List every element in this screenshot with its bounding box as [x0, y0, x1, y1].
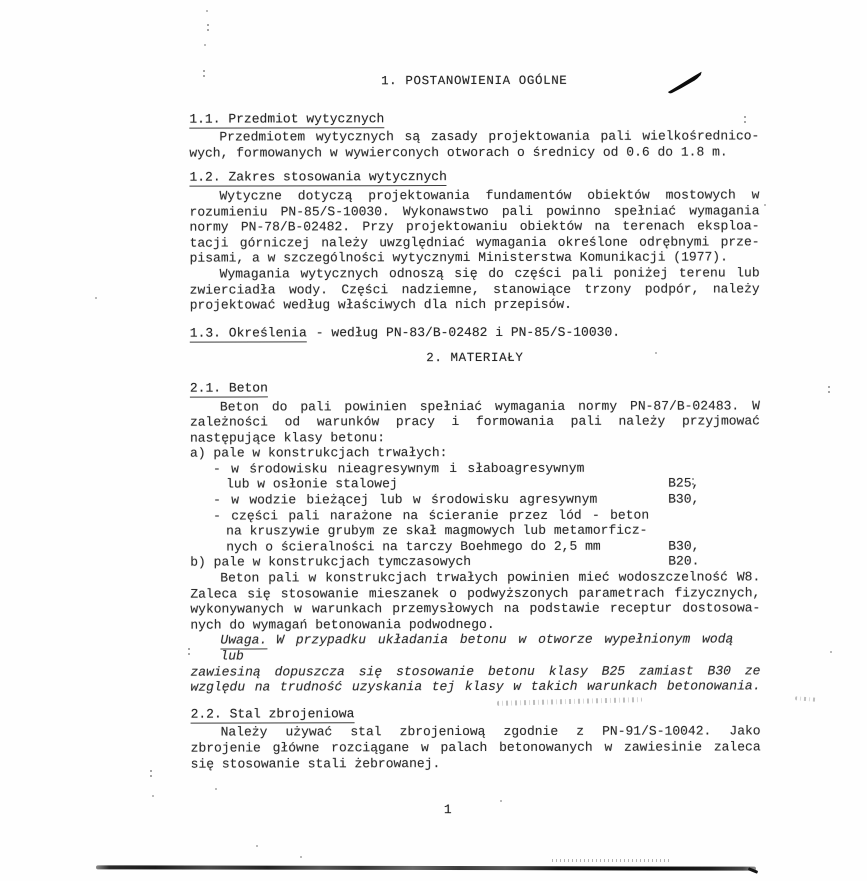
text-line: wykonywanych w warunkach przemysłowych n… — [190, 601, 760, 618]
scan-edge-hook — [748, 867, 758, 874]
list-item-line: nych o ścieralności na tarczy Boehmego d… — [190, 538, 760, 555]
scan-speck — [692, 478, 694, 485]
scan-speck — [152, 795, 154, 797]
text-line: wych, formowanych w wywierconych otworac… — [189, 144, 759, 161]
heading-1-3-row: 1.3. Określenia- według PN-83/B-02482 i … — [190, 324, 760, 341]
list-item-text: b) pale w konstrukcjach tymczasowych — [190, 554, 471, 570]
note-line: Uwaga.W przypadku układania betonu w otw… — [190, 632, 760, 664]
scan-speck — [206, 10, 208, 12]
heading-2-2-text: 2.2. Stal zbrojeniowa — [191, 706, 355, 723]
text-line: Beton do pali powinien spełniać wymagani… — [190, 398, 760, 415]
text-line: nych do wymagań betonowania podwodnego. — [190, 616, 760, 633]
concrete-class-value: B25, — [668, 476, 699, 492]
list-item-line: - w środowisku nieagresywnym i słaboagre… — [190, 460, 760, 477]
heading-1-3-text: 1.3. Określenia — [190, 325, 307, 342]
heading-1-1: 1.1. Przedmiot wytycznych — [189, 110, 759, 127]
scan-edge-line — [96, 865, 756, 870]
text-line: normy PN-78/B-02482. Przy projektowaniu … — [190, 219, 760, 236]
heading-2-1-text: 2.1. Beton — [190, 380, 268, 397]
list-item-a: a) pale w konstrukcjach trwałych: — [190, 445, 760, 462]
heading-1-2: 1.2. Zakres stosowania wytycznych — [189, 169, 759, 186]
text-line: Należy używać stal zbrojeniową zgodnie z… — [191, 724, 761, 741]
heading-1-2-text: 1.2. Zakres stosowania wytycznych — [189, 169, 446, 187]
scan-edge-dots — [552, 859, 672, 862]
scan-speck — [203, 70, 205, 77]
text-line: Przedmiotem wytycznych są zasady projekt… — [189, 129, 759, 146]
page-number: 1 — [191, 802, 761, 819]
heading-1-1-text: 1.1. Przedmiot wytycznych — [189, 111, 384, 128]
concrete-class-value: B30, — [668, 492, 699, 508]
scan-speck — [256, 845, 258, 847]
text-line: zależności od warunków pracy i formowani… — [190, 413, 760, 430]
concrete-class-value: B30, — [668, 538, 699, 554]
heading-1-3-rest: - według PN-83/B-02482 i PN-85/S-10030. — [316, 324, 620, 340]
scan-smudge — [795, 696, 817, 702]
heading-2-1: 2.1. Beton — [190, 379, 760, 396]
scan-speck — [300, 856, 302, 858]
scan-speck — [764, 204, 766, 206]
note-line: względu na trudność uzyskania tej klasy … — [190, 679, 760, 696]
scan-speck — [95, 297, 97, 299]
scan-speck — [188, 648, 190, 655]
text-line: Zaleca się stosowanie mieszanek o podwyż… — [190, 585, 760, 602]
scan-speck — [204, 44, 206, 46]
text-line: pisami, a w szczególności wytycznymi Min… — [190, 250, 760, 267]
concrete-class-value: B20. — [668, 554, 699, 570]
ink-mark — [668, 71, 704, 95]
list-item-line: - części pali narażone na ścieranie prze… — [190, 507, 760, 524]
list-item-text: lub w osłonie stalowej — [226, 477, 398, 492]
section-2-title: 2. MATERIAŁY — [190, 351, 760, 368]
text-line: się stosowanie stali żebrowanej. — [191, 755, 761, 772]
text-line: tacji górniczej należy uwzględniać wymag… — [190, 234, 760, 251]
list-item-line: - w wodzie bieżącej lub w środowisku agr… — [190, 491, 760, 508]
text-line: Wymagania wytycznych odnoszą się do częś… — [190, 265, 760, 282]
scan-speck — [744, 116, 746, 123]
text-line: Beton pali w konstrukcjach trwałych powi… — [190, 569, 760, 586]
scan-speck — [655, 352, 657, 354]
scan-speck — [215, 788, 217, 790]
scan-speck — [830, 651, 832, 653]
document-page: 1. POSTANOWIENIA OGÓLNE 1.1. Przedmiot w… — [0, 0, 867, 881]
list-item-b: b) pale w konstrukcjach tymczasowychB20. — [190, 554, 760, 571]
text-column: 1. POSTANOWIENIA OGÓLNE 1.1. Przedmiot w… — [189, 73, 761, 818]
list-item-text: nych o ścieralności na tarczy Boehmego d… — [226, 539, 600, 555]
note-text: W przypadku układania betonu w otworze w… — [220, 632, 733, 664]
scan-speck — [828, 386, 830, 393]
scan-speck — [207, 24, 209, 31]
text-line: rozumieniu PN-85/S-10030. Wykonawstwo pa… — [189, 203, 759, 220]
scan-speck — [150, 770, 152, 777]
text-line: następujące klasy betonu: — [190, 429, 760, 446]
list-item-line: lub w osłonie stalowejB25, — [190, 476, 760, 493]
note-label: Uwaga. — [220, 633, 267, 650]
note-line: zawiesiną dopuszcza się stosowanie beton… — [190, 663, 760, 680]
scan-speck — [500, 800, 502, 802]
text-line: zbrojenie główne rozciągane w palach bet… — [191, 739, 761, 756]
text-line: projektować według właściwych dla nich p… — [190, 297, 760, 314]
list-item-text: - w wodzie bieżącej lub w środowisku agr… — [213, 492, 597, 508]
text-line: Wytyczne dotyczą projektowania fundament… — [189, 187, 759, 204]
heading-2-2: 2.2. Stal zbrojeniowa — [191, 705, 761, 722]
text-line: zwierciadła wody. Części nadziemne, stan… — [190, 281, 760, 298]
list-item-line: na kruszywie grubym ze skał magmowych lu… — [190, 523, 760, 540]
